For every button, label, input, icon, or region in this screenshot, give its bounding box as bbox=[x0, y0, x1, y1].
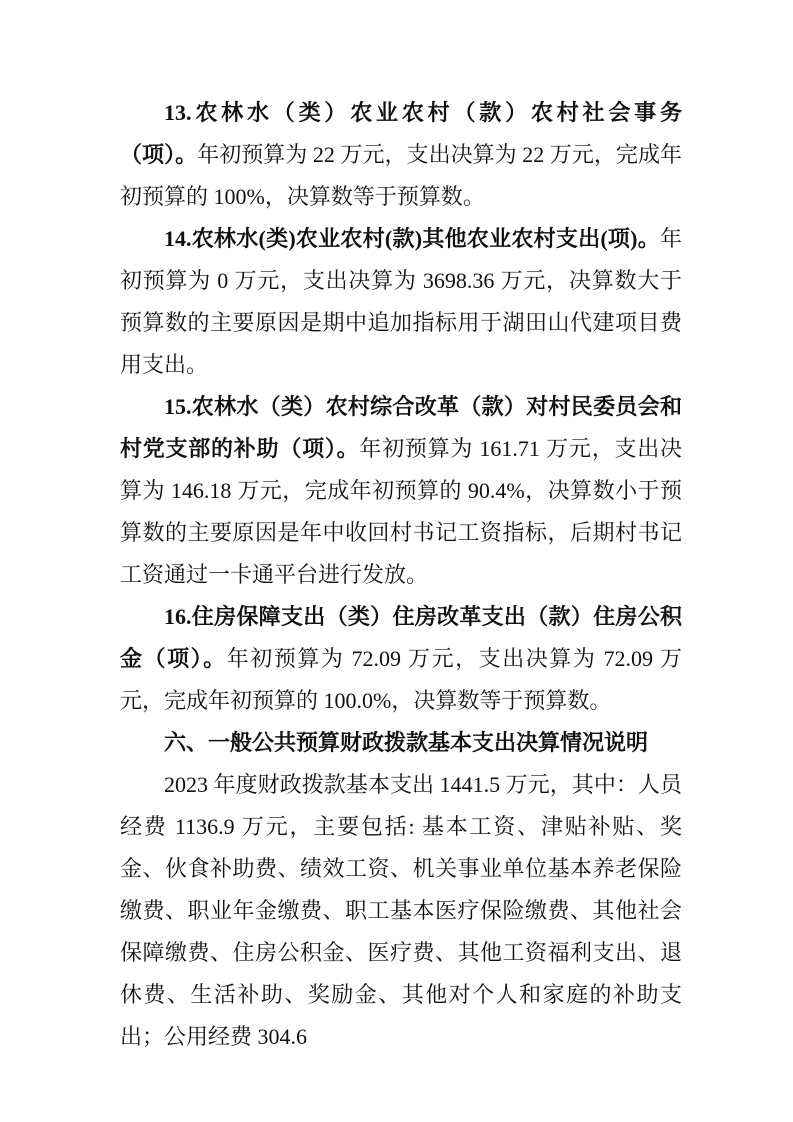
item-13-body: 年初预算为 22 万元，支出决算为 22 万元，完成年初预算的 100%，决算数… bbox=[120, 142, 682, 209]
document-page: 13.农林水（类）农业农村（款）农村社会事务（项）。年初预算为 22 万元，支出… bbox=[0, 0, 793, 1122]
paragraph-item-16: 16.住房保障支出（类）住房改革支出（款）住房公积金（项）。年初预算为 72.0… bbox=[120, 596, 682, 722]
section-6-heading: 六、一般公共预算财政拨款基本支出决算情况说明 bbox=[120, 722, 682, 764]
paragraph-item-14: 14.农林水(类)农业农村(款)其他农业农村支出(项)。年初预算为 0 万元，支… bbox=[120, 218, 682, 386]
paragraph-item-13: 13.农林水（类）农业农村（款）农村社会事务（项）。年初预算为 22 万元，支出… bbox=[120, 92, 682, 218]
section-6-body: 2023 年度财政拨款基本支出 1441.5 万元，其中：人员经费 1136.9… bbox=[120, 764, 682, 1058]
item-14-heading: 14.农林水(类)农业农村(款)其他农业农村支出(项)。 bbox=[164, 226, 660, 251]
paragraph-item-15: 15.农林水（类）农村综合改革（款）对村民委员会和村党支部的补助（项）。年初预算… bbox=[120, 386, 682, 596]
